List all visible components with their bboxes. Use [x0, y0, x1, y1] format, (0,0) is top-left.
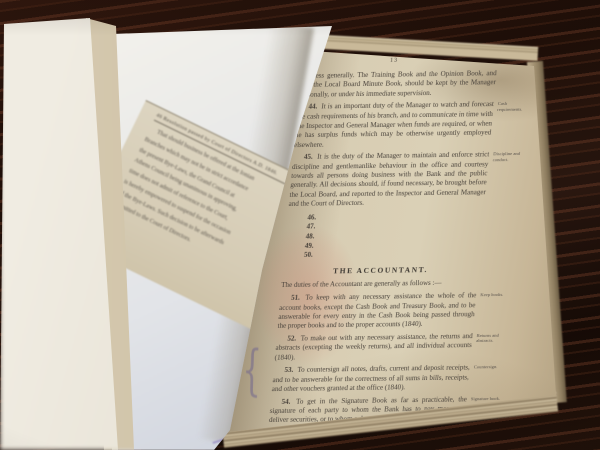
paragraph-number: 53.: [284, 366, 293, 374]
photo-of-open-book: 13 Manager. business generally. The Trai…: [0, 0, 600, 450]
paragraph-number: 52.: [287, 335, 296, 343]
paragraph-51: 51. To keep with any necessary assistanc…: [277, 292, 477, 332]
paragraph-text: To make out with any necessary assistanc…: [274, 332, 473, 361]
blank-numbered-list: 46. 47. 48. 49. 50.: [304, 211, 484, 259]
paragraph-text: It is the duty of the Manager to maintai…: [288, 151, 489, 208]
paragraph-number: 45.: [304, 153, 313, 161]
section-heading-accountant: THE ACCOUNTANT.: [282, 264, 479, 276]
paragraph-text: To keep with any necessary assistance th…: [277, 292, 477, 331]
margin-note: Signature book.: [471, 395, 502, 401]
blank-item-50: 50.: [304, 248, 481, 260]
section-intro: The duties of the Accountant are general…: [281, 279, 478, 291]
margin-note: Cash requirements.: [497, 101, 528, 112]
margin-note: Countersign.: [474, 364, 505, 370]
page-number: 13: [389, 57, 398, 66]
paragraph-53: 53. To countersign all notes, drafts, cu…: [271, 364, 470, 395]
margin-note: Discipline and conduct.: [493, 151, 524, 162]
paragraph-44: 44. It is an important duty of the Manag…: [294, 101, 495, 150]
paragraph-number: 54.: [281, 397, 290, 405]
paragraph-text: It is an important duty of the Manager t…: [294, 101, 494, 149]
paragraph-number: 51.: [291, 294, 300, 302]
paragraph-52: 52. To make out with any necessary assis…: [274, 332, 473, 363]
paragraph-number: 44.: [308, 103, 317, 111]
margin-note: Returns and abstracts.: [476, 333, 507, 344]
paragraph-text: business generally. The Training Book an…: [298, 69, 497, 98]
margin-note: Keep books.: [480, 292, 511, 298]
paragraph-text: To countersign all notes, drafts, curren…: [271, 364, 470, 393]
paragraph-45: 45. It is the duty of the Manager to mai…: [288, 151, 489, 210]
paragraph-continuation: business generally. The Training Book an…: [298, 69, 497, 100]
